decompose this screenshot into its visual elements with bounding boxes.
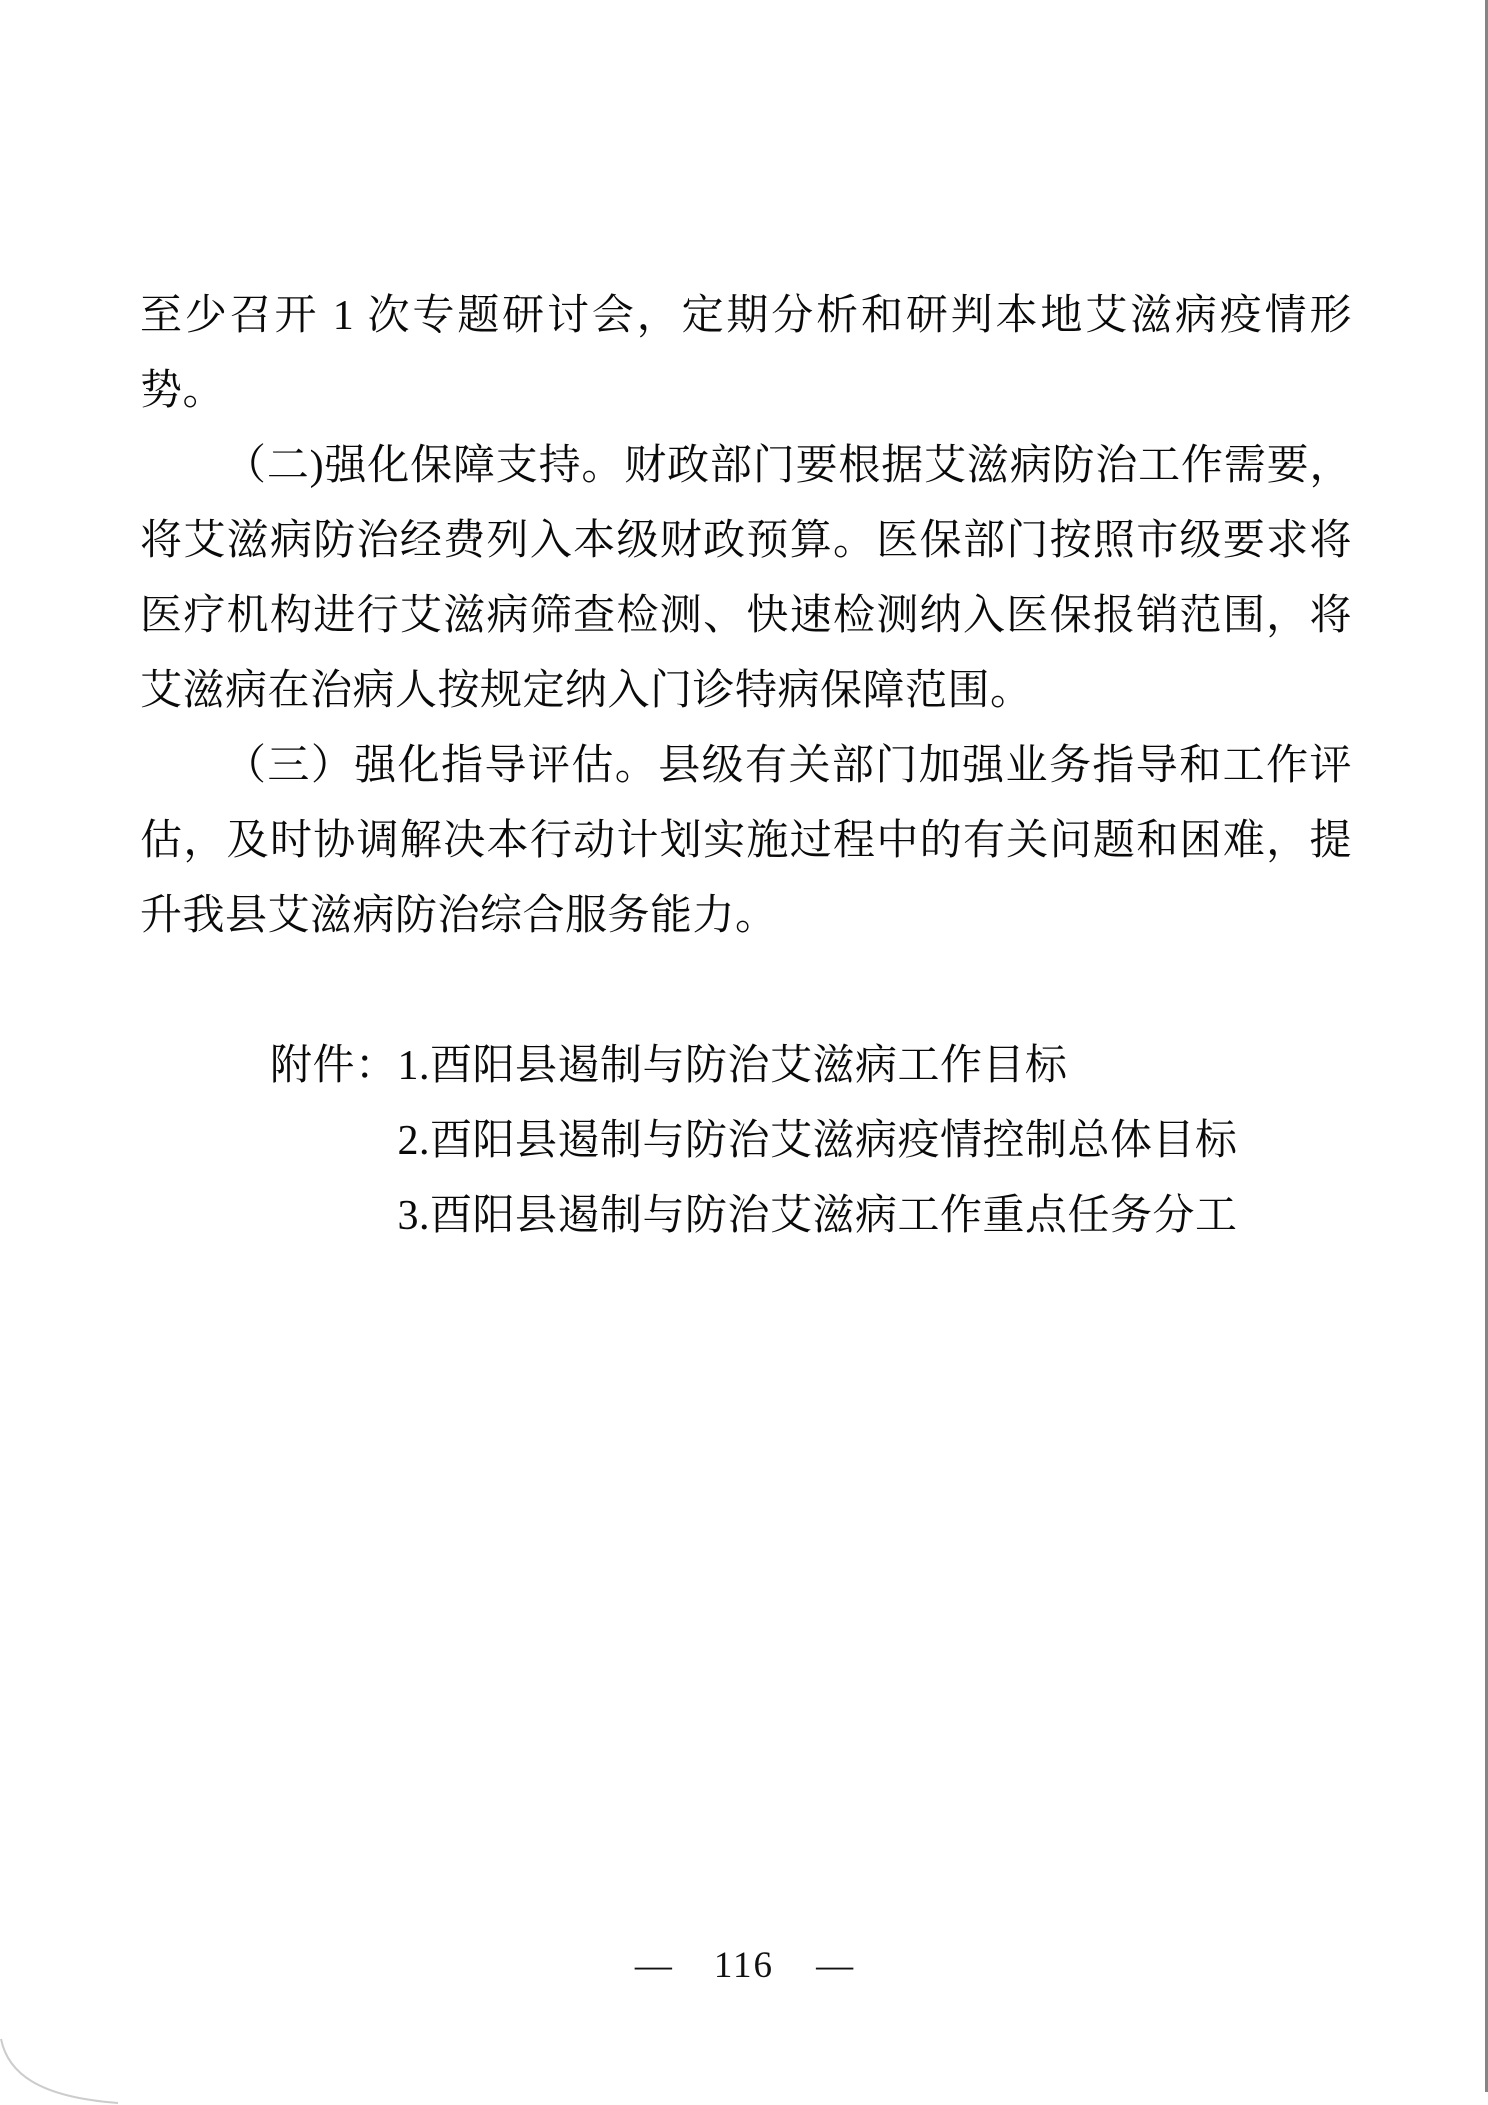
page-number: 116 bbox=[714, 1941, 774, 1991]
footer-dash-right: — bbox=[816, 1941, 853, 1991]
attachment-item-3: 3.酉阳县遏制与防治艾滋病工作重点任务分工 bbox=[398, 1179, 1238, 1254]
attachments-list: 1.酉阳县遏制与防治艾滋病工作目标 2.酉阳县遏制与防治艾滋病疫情控制总体目标 … bbox=[398, 1029, 1238, 1254]
attachment-item-2: 2.酉阳县遏制与防治艾滋病疫情控制总体目标 bbox=[398, 1104, 1238, 1179]
paragraph-section-three: （三）强化指导评估。县级有关部门加强业务指导和工作评估，及时协调解决本行动计划实… bbox=[140, 729, 1352, 954]
document-body: 至少召开 1 次专题研讨会，定期分析和研判本地艾滋病疫情形势。 （二)强化保障支… bbox=[140, 279, 1352, 1254]
document-page: 至少召开 1 次专题研讨会，定期分析和研判本地艾滋病疫情形势。 （二)强化保障支… bbox=[0, 0, 1488, 2105]
paragraph-continuation: 至少召开 1 次专题研讨会，定期分析和研判本地艾滋病疫情形势。 bbox=[140, 279, 1352, 429]
footer-dash-left: — bbox=[635, 1941, 672, 1991]
page-curl-decoration bbox=[0, 2037, 120, 2105]
attachments-block: 附件： 1.酉阳县遏制与防治艾滋病工作目标 2.酉阳县遏制与防治艾滋病疫情控制总… bbox=[270, 1029, 1352, 1254]
attachments-label: 附件： bbox=[270, 1029, 398, 1104]
paragraph-section-two: （二)强化保障支持。财政部门要根据艾滋病防治工作需要，将艾滋病防治经费列入本级财… bbox=[140, 429, 1352, 729]
attachment-item-1: 1.酉阳县遏制与防治艾滋病工作目标 bbox=[398, 1029, 1238, 1104]
page-footer: —116— bbox=[0, 1941, 1488, 1991]
